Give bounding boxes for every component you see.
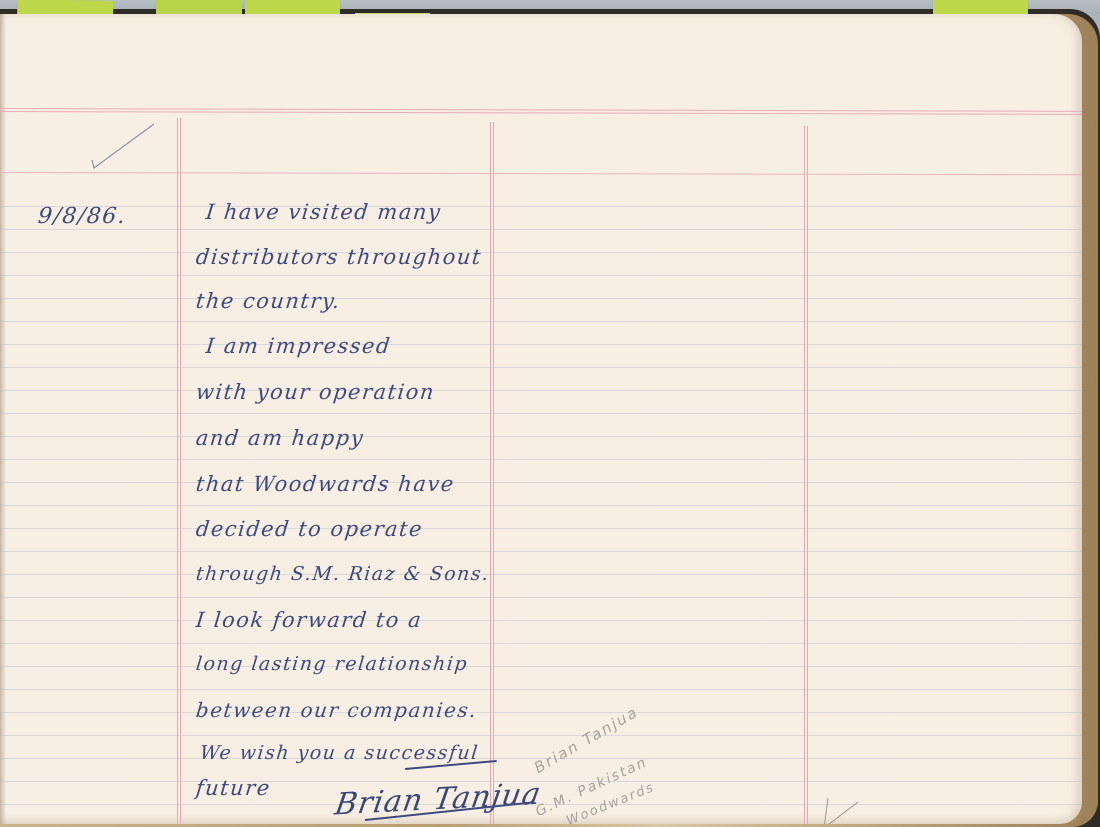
ledger-page: 9/8/86. I have visited many distributors…	[0, 14, 1082, 824]
entry-line-13: We wish you a successful	[199, 742, 480, 764]
entry-line-4: I am impressed	[205, 334, 393, 358]
entry-line-6: and am happy	[195, 426, 366, 450]
column-rule-entry	[490, 122, 494, 824]
entry-line-11: long lasting relationship	[195, 653, 469, 675]
entry-date: 9/8/86.	[37, 204, 128, 229]
column-rule-right	[804, 126, 808, 824]
entry-line-1: I have visited many	[205, 200, 443, 224]
blue-ruled-lines	[0, 184, 1082, 824]
entry-line-2: distributors throughout	[195, 245, 483, 269]
entry-line-12: between our companies.	[195, 698, 479, 722]
entry-line-14: future	[195, 776, 272, 800]
entry-line-9: through S.M. Riaz & Sons.	[195, 563, 491, 585]
header-rule-bottom	[0, 172, 1082, 175]
entry-line-5: with your operation	[195, 380, 437, 404]
entry-line-7: that Woodwards have	[195, 472, 456, 496]
entry-line-8: decided to operate	[195, 517, 425, 541]
scanned-ledger-page: 9/8/86. I have visited many distributors…	[0, 0, 1100, 827]
header-rule-top	[0, 108, 1082, 115]
pencil-tick-icon	[818, 796, 868, 824]
column-rule-date	[177, 118, 181, 824]
checkmark-icon	[88, 118, 158, 172]
entry-line-10: I look forward to a	[195, 608, 424, 632]
entry-line-3: the country.	[195, 289, 342, 313]
